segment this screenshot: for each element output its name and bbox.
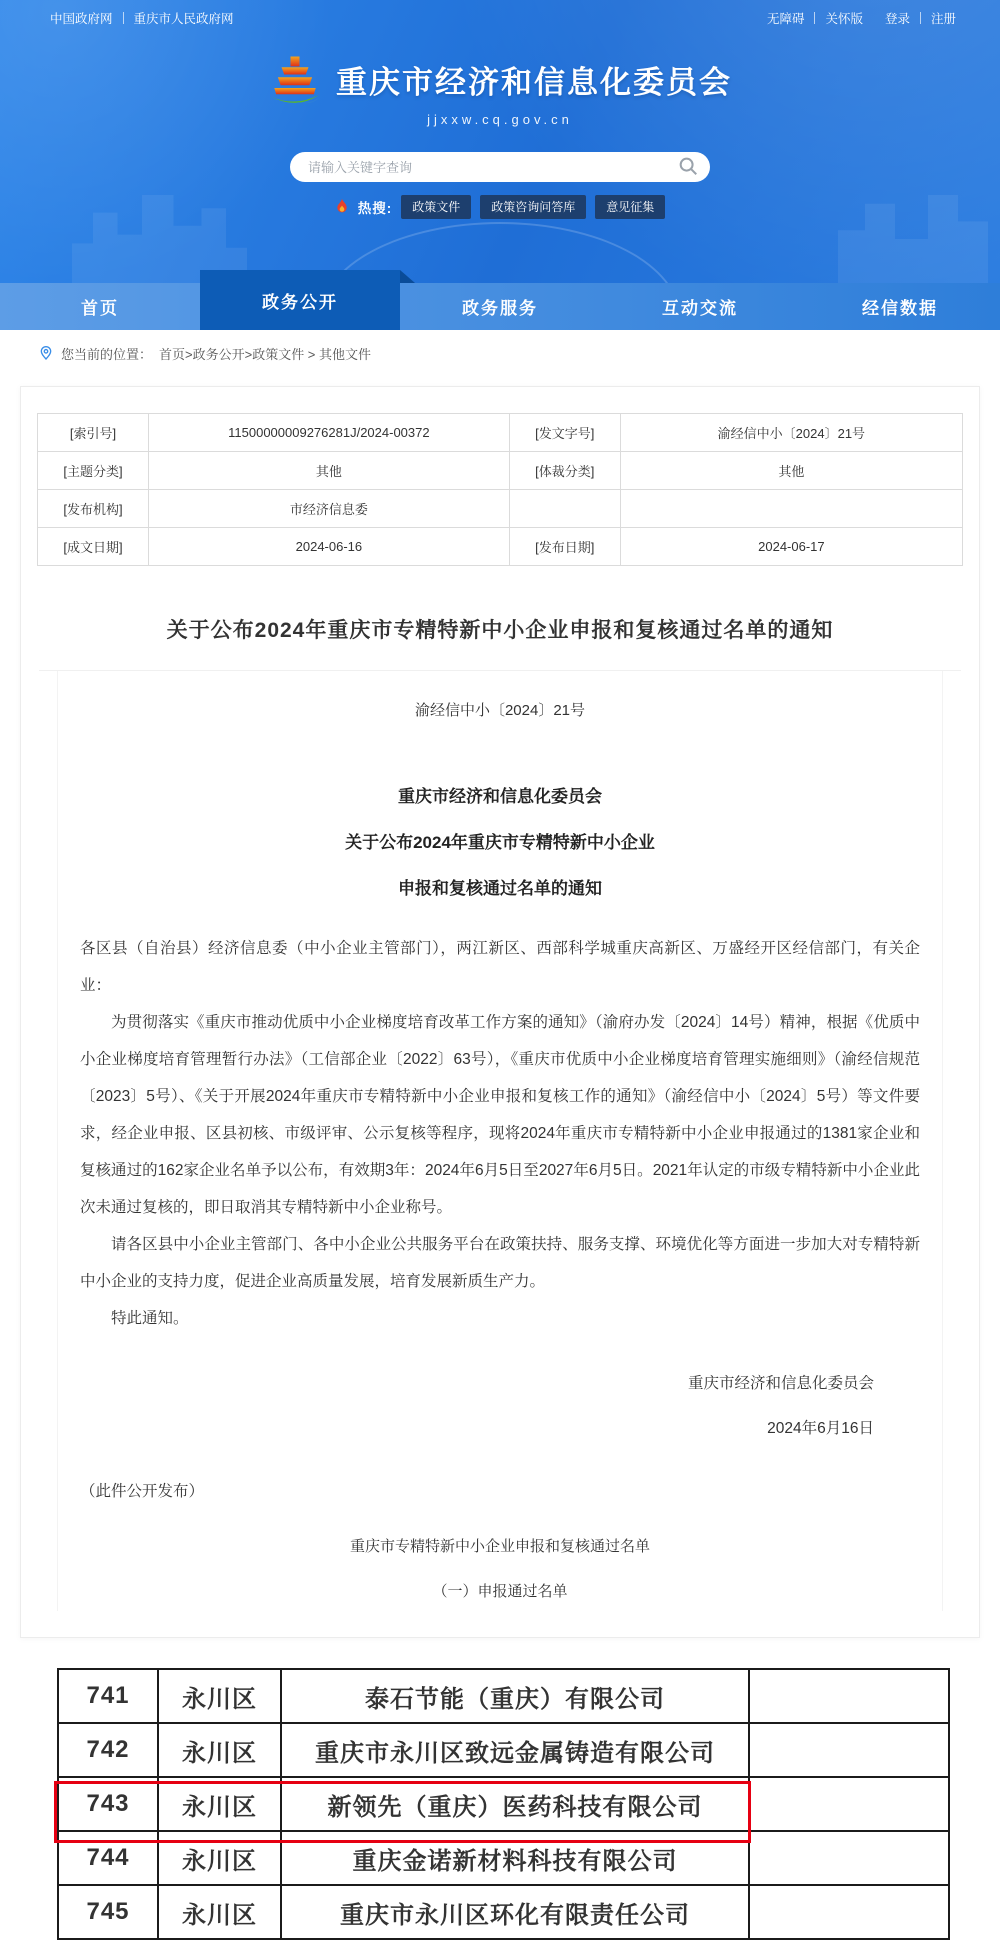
flame-icon: [335, 199, 349, 215]
empty-cell: [749, 1885, 949, 1939]
meta-row: [索引号] 11500000009276281J/2024-00372 [发文字…: [38, 414, 963, 452]
signature-date: 2024年6月16日: [80, 1406, 920, 1451]
company-table: 741 永川区 泰石节能（重庆）有限公司 742 永川区 重庆市永川区致远金属铸…: [57, 1668, 950, 1940]
empty-cell: [749, 1777, 949, 1831]
nav-item-home[interactable]: 首页: [0, 283, 200, 330]
hot-link-policy-qa[interactable]: 政策咨询问答库: [480, 195, 586, 219]
table-row: 741 永川区 泰石节能（重庆）有限公司: [58, 1669, 949, 1723]
company-name: 重庆市永川区环化有限责任公司: [281, 1885, 749, 1939]
site-header: 中国政府网 重庆市人民政府网 无障碍 关怀版 登录 注册: [0, 0, 1000, 283]
paragraph-support: 请各区县中小企业主管部门、各中小企业公共服务平台在政策扶持、服务支撑、环境优化等…: [80, 1226, 920, 1300]
meta-value: 2024-06-16: [149, 528, 510, 566]
company-district: 永川区: [158, 1885, 281, 1939]
nav-item-gov-services[interactable]: 政务服务: [400, 283, 600, 330]
link-register[interactable]: 注册: [931, 9, 956, 27]
breadcrumb-prefix: 您当前的位置：: [61, 344, 152, 363]
company-no: 745: [58, 1885, 158, 1939]
divider: [814, 12, 815, 24]
site-brand: 重庆市经济和信息化委员会: [0, 52, 1000, 106]
company-district: 永川区: [158, 1831, 281, 1885]
search-input[interactable]: [290, 152, 710, 182]
company-district: 永川区: [158, 1669, 281, 1723]
meta-value: 2024-06-17: [620, 528, 962, 566]
meta-value: 其他: [149, 452, 510, 490]
document-heading-line: 关于公布2024年重庆市专精特新中小企业: [80, 820, 920, 866]
company-district: 永川区: [158, 1777, 281, 1831]
list-subtitle: （一）申报通过名单: [80, 1580, 920, 1601]
document-card: [索引号] 11500000009276281J/2024-00372 [发文字…: [20, 386, 980, 1638]
meta-label: [主题分类]: [38, 452, 149, 490]
empty-cell: [749, 1669, 949, 1723]
paragraph-closing: 特此通知。: [80, 1300, 920, 1337]
meta-row: [发布机构] 市经济信息委: [38, 490, 963, 528]
site-logo-icon: [268, 52, 322, 106]
meta-value: 市经济信息委: [149, 490, 510, 528]
nav-item-interaction[interactable]: 互动交流: [600, 283, 800, 330]
hot-search-row: 热搜: 政策文件 政策咨询问答库 意见征集: [0, 195, 1000, 219]
search-icon: [677, 155, 699, 177]
table-row: 745 永川区 重庆市永川区环化有限责任公司: [58, 1885, 949, 1939]
meta-value: 渝经信中小〔2024〕21号: [620, 414, 962, 452]
link-china-gov[interactable]: 中国政府网: [50, 9, 113, 27]
meta-value: [620, 490, 962, 528]
divider: [920, 12, 921, 24]
breadcrumb-path[interactable]: 首页>政务公开>政策文件 > 其他文件: [159, 344, 371, 363]
company-name: 泰石节能（重庆）有限公司: [281, 1669, 749, 1723]
meta-label: [发布机构]: [38, 490, 149, 528]
meta-label: [509, 490, 620, 528]
empty-cell: [749, 1723, 949, 1777]
paragraph-recipients: 各区县（自治县）经济信息委（中小企业主管部门），两江新区、西部科学城重庆高新区、…: [80, 930, 920, 1004]
paragraph-main: 为贯彻落实《重庆市推动优质中小企业梯度培育改革工作方案的通知》（渝府办发〔202…: [80, 1004, 920, 1226]
company-name: 新领先（重庆）医药科技有限公司: [281, 1777, 749, 1831]
company-district: 永川区: [158, 1723, 281, 1777]
document-heading-line: 申报和复核通过名单的通知: [80, 866, 920, 912]
search-bar: [290, 152, 710, 182]
meta-label: [成文日期]: [38, 528, 149, 566]
search-button[interactable]: [676, 155, 700, 179]
empty-cell: [749, 1831, 949, 1885]
nav-item-data[interactable]: 经信数据: [800, 283, 1000, 330]
meta-row: [主题分类] 其他 [体裁分类] 其他: [38, 452, 963, 490]
link-login[interactable]: 登录: [885, 9, 910, 27]
link-chongqing-gov[interactable]: 重庆市人民政府网: [134, 9, 234, 27]
site-title: 重庆市经济和信息化委员会: [336, 57, 732, 102]
company-no: 741: [58, 1669, 158, 1723]
signature-organization: 重庆市经济和信息化委员会: [80, 1361, 920, 1406]
company-no: 744: [58, 1831, 158, 1885]
list-title: 重庆市专精特新中小企业申报和复核通过名单: [80, 1535, 920, 1556]
link-care-version[interactable]: 关怀版: [825, 9, 863, 27]
public-release-note: （此件公开发布）: [80, 1479, 920, 1501]
nav-item-gov-disclosure[interactable]: 政务公开: [200, 270, 400, 330]
document-heading-line: 重庆市经济和信息化委员会: [80, 774, 920, 820]
company-list-zoom: 741 永川区 泰石节能（重庆）有限公司 742 永川区 重庆市永川区致远金属铸…: [57, 1668, 948, 1940]
company-no: 743: [58, 1777, 158, 1831]
document-number: 渝经信中小〔2024〕21号: [80, 699, 920, 720]
company-name: 重庆市永川区致远金属铸造有限公司: [281, 1723, 749, 1777]
page-title: 关于公布2024年重庆市专精特新中小企业申报和复核通过名单的通知: [37, 614, 963, 644]
link-accessibility[interactable]: 无障碍: [767, 9, 805, 27]
table-row: 744 永川区 重庆金诺新材料科技有限公司: [58, 1831, 949, 1885]
document-meta-table: [索引号] 11500000009276281J/2024-00372 [发文字…: [37, 413, 963, 566]
hot-link-policy-files[interactable]: 政策文件: [401, 195, 471, 219]
site-url: jjxxw.cq.gov.cn: [0, 112, 1000, 127]
main-nav: 首页 政务公开 政务服务 互动交流 经信数据: [0, 283, 1000, 330]
location-pin-icon: [38, 345, 54, 361]
meta-label: [体裁分类]: [509, 452, 620, 490]
company-no: 742: [58, 1723, 158, 1777]
divider: [123, 12, 124, 24]
table-row: 742 永川区 重庆市永川区致远金属铸造有限公司: [58, 1723, 949, 1777]
meta-label: [发布日期]: [509, 528, 620, 566]
meta-value: 11500000009276281J/2024-00372: [149, 414, 510, 452]
meta-label: [发文字号]: [509, 414, 620, 452]
hot-search-label: 热搜:: [358, 197, 393, 217]
document-body: 渝经信中小〔2024〕21号 重庆市经济和信息化委员会 关于公布2024年重庆市…: [57, 671, 943, 1611]
company-name: 重庆金诺新材料科技有限公司: [281, 1831, 749, 1885]
meta-value: 其他: [620, 452, 962, 490]
utility-topbar: 中国政府网 重庆市人民政府网 无障碍 关怀版 登录 注册: [0, 0, 1000, 36]
table-row-highlighted: 743 永川区 新领先（重庆）医药科技有限公司: [58, 1777, 949, 1831]
meta-label: [索引号]: [38, 414, 149, 452]
hot-link-opinion[interactable]: 意见征集: [595, 195, 665, 219]
breadcrumb: 您当前的位置： 首页>政务公开>政策文件 > 其他文件: [0, 330, 1000, 376]
meta-row: [成文日期] 2024-06-16 [发布日期] 2024-06-17: [38, 528, 963, 566]
